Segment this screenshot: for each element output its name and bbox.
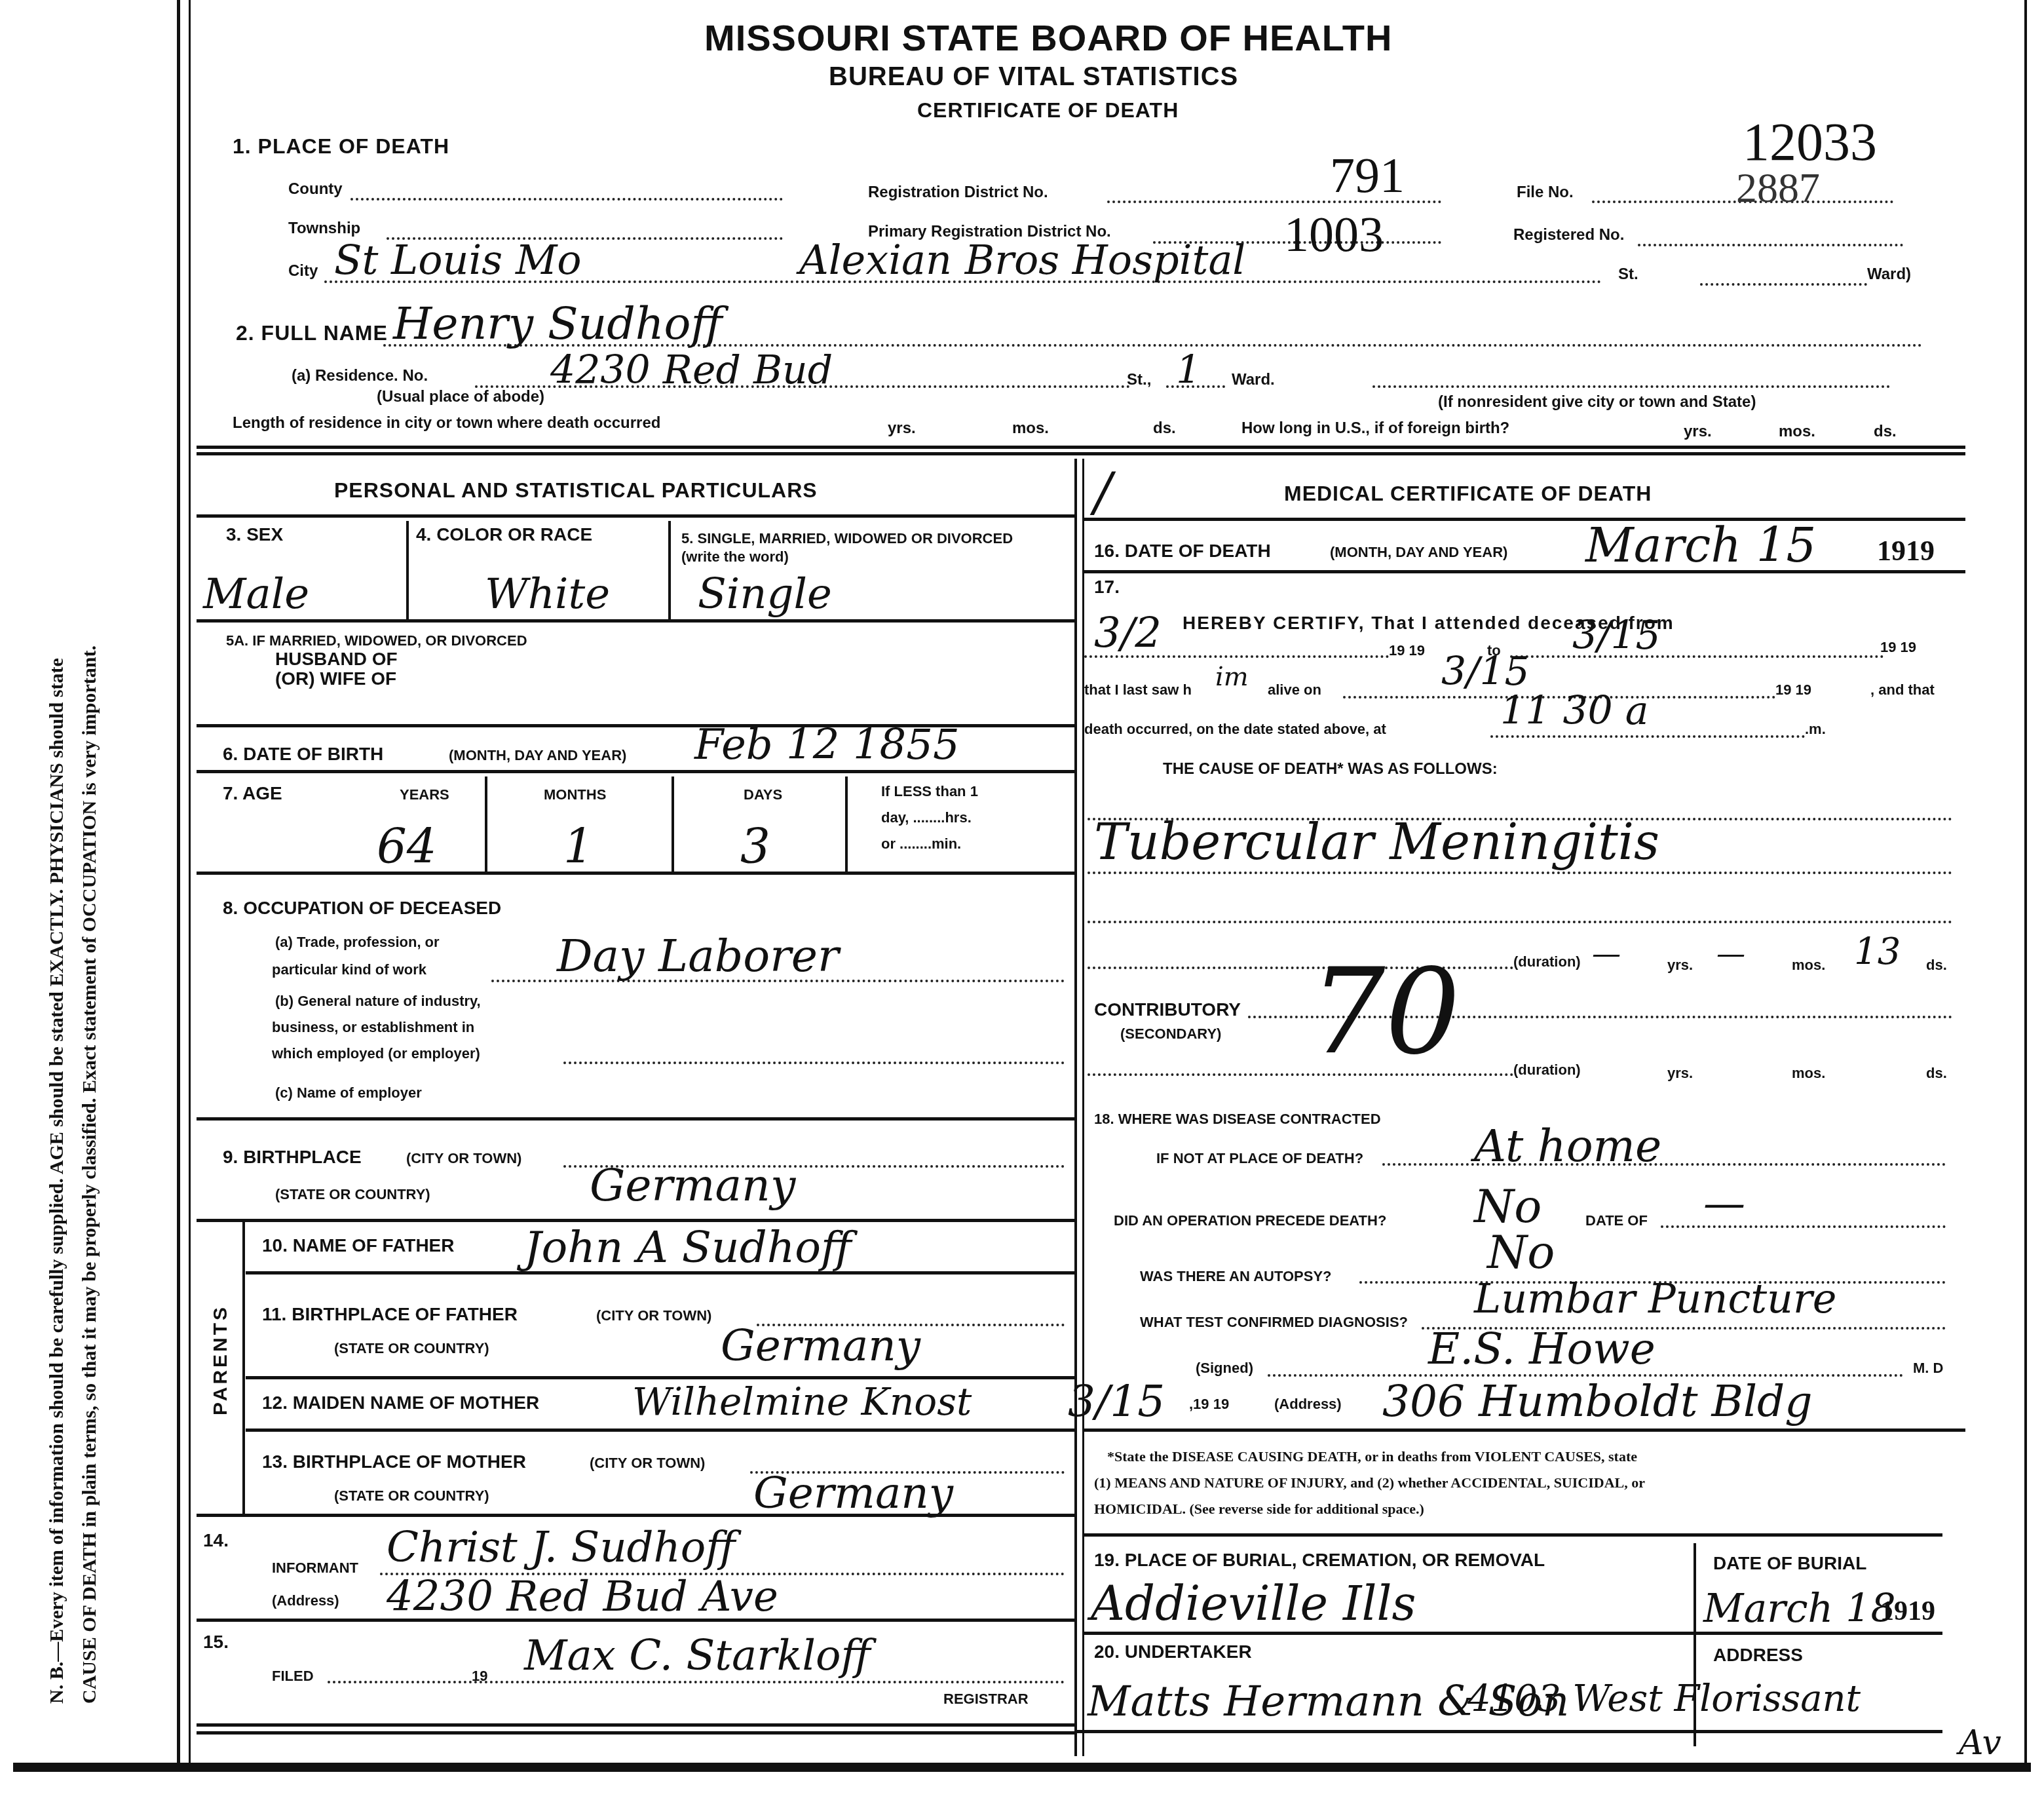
contrib-yrs-label: yrs. — [1667, 1065, 1693, 1082]
birthplace-label: 9. BIRTHPLACE — [223, 1147, 362, 1168]
attended-to-year: 19 19 — [1880, 639, 1916, 656]
sex-race-divider — [406, 521, 409, 619]
sign-date-value: 3/15 — [1068, 1376, 1165, 1427]
duration-mos-label: mos. — [1792, 957, 1825, 974]
nonresident-note: (If nonresident give city or town and St… — [1438, 393, 1756, 412]
age-days-value: 3 — [740, 819, 770, 874]
filed-number: 15. — [203, 1632, 229, 1653]
duration-yrs: — — [1592, 937, 1621, 970]
informant-label: INFORMANT — [272, 1560, 358, 1577]
medical-tick-mark: / — [1094, 462, 1112, 523]
divider-top-1 — [197, 446, 1965, 449]
full-name-label: 2. FULL NAME — [236, 321, 388, 345]
alive-on-label: alive on — [1268, 681, 1321, 699]
foreign-birth-label: How long in U.S., if of foreign birth? — [1241, 419, 1509, 438]
row-divider-19 — [1084, 1632, 1942, 1635]
sex-value: Male — [203, 570, 309, 619]
row-divider-12 — [246, 1428, 1074, 1432]
item-17-number: 17. — [1094, 577, 1120, 598]
attended-to-line — [1510, 655, 1883, 658]
personal-section-title: PERSONAL AND STATISTICAL PARTICULARS — [334, 478, 818, 503]
contributory-mark: 70 — [1310, 944, 1460, 1081]
test-value: Lumbar Puncture — [1474, 1275, 1836, 1322]
duration-ds-label: ds. — [1926, 957, 1947, 974]
age-divider-1 — [485, 776, 487, 875]
less-label-2: day, ........hrs. — [881, 809, 972, 826]
death-time-label: death occurred, on the date stated above… — [1084, 721, 1386, 738]
age-years-value: 64 — [377, 819, 437, 874]
file-no-value: 2887 — [1736, 164, 1820, 212]
residence-sub-label: (Usual place of abode) — [377, 388, 544, 406]
row-divider-20 — [1074, 1730, 1942, 1733]
row-divider-15b — [197, 1731, 1074, 1735]
row-divider-6 — [197, 770, 1074, 773]
filed-label: FILED — [272, 1668, 314, 1685]
county-line — [350, 198, 783, 201]
marital-label: 5. SINGLE, MARRIED, WIDOWED OR DIVORCED … — [681, 529, 1048, 566]
duration-yrs-label: yrs. — [1667, 957, 1693, 974]
death-time-line — [1490, 735, 1805, 738]
mother-birthplace-label: 13. BIRTHPLACE OF MOTHER — [262, 1451, 526, 1472]
not-at-place-label: IF NOT AT PLACE OF DEATH? — [1156, 1150, 1363, 1167]
date-of-death-sub: (MONTH, DAY AND YEAR) — [1330, 544, 1507, 561]
father-birthplace-state-label: (STATE OR COUNTRY) — [334, 1340, 489, 1357]
age-days-label: DAYS — [744, 786, 782, 803]
burial-place-label: 19. PLACE OF BURIAL, CREMATION, OR REMOV… — [1094, 1550, 1545, 1571]
document-title: MISSOURI STATE BOARD OF HEALTH — [704, 16, 1392, 59]
spouse-label-3: (OR) WIFE OF — [275, 668, 396, 689]
township-label: Township — [288, 220, 360, 238]
age-months-value: 1 — [563, 819, 594, 874]
contrib-ds-label: ds. — [1926, 1065, 1947, 1082]
row-divider-8 — [197, 1117, 1074, 1121]
and-that-label: , and that — [1870, 681, 1935, 699]
death-time-value: 11 30 a — [1500, 688, 1649, 734]
foreign-ds: ds. — [1874, 423, 1897, 441]
document-subtitle: BUREAU OF VITAL STATISTICS — [829, 62, 1238, 92]
last-saw-label: that I last saw h — [1084, 681, 1192, 699]
city-value: St Louis Mo — [334, 236, 582, 284]
dob-sub-label: (MONTH, DAY AND YEAR) — [449, 747, 626, 764]
occupation-b-2: business, or establishment in — [272, 1019, 474, 1036]
mother-birthplace-sub: (CITY OR TOWN) — [590, 1455, 705, 1472]
attended-from-year: 19 19 — [1389, 642, 1425, 659]
row-divider-sign — [1084, 1428, 1965, 1432]
row-divider-15 — [197, 1723, 1074, 1727]
length-mos: mos. — [1012, 419, 1049, 438]
not-at-place-line — [1382, 1163, 1946, 1166]
center-divider — [1074, 459, 1077, 1756]
residence-value: 4230 Red Bud — [550, 347, 833, 393]
marital-value: Single — [698, 570, 832, 619]
spouse-label-2: HUSBAND OF — [275, 649, 398, 670]
cause-value: Tubercular Meningitis — [1094, 813, 1659, 871]
row-divider-10 — [246, 1271, 1074, 1275]
city-label: City — [288, 262, 318, 280]
informant-value: Christ J. Sudhoff — [387, 1524, 736, 1572]
registered-no-line — [1638, 244, 1903, 246]
place-of-death-label: 1. PLACE OF DEATH — [233, 134, 449, 159]
bottom-border — [13, 1763, 2031, 1772]
center-divider-2 — [1082, 459, 1084, 1756]
undertaker-address-line2: Av — [1959, 1723, 2001, 1763]
mother-birthplace-value: Germany — [753, 1468, 953, 1518]
primary-registration-value: 1003 — [1284, 206, 1384, 263]
contrib-mos-label: mos. — [1792, 1065, 1825, 1082]
occupation-b-3: which employed (or employer) — [272, 1045, 480, 1062]
burial-date-label: DATE OF BURIAL — [1713, 1553, 1866, 1574]
right-border — [2024, 0, 2027, 1763]
birthplace-state-label: (STATE OR COUNTRY) — [275, 1186, 430, 1203]
contributory-duration-line — [1088, 1073, 1513, 1076]
date-of-death-label: 16. DATE OF DEATH — [1094, 541, 1271, 562]
burial-date-year: 1919 — [1880, 1596, 1935, 1627]
medical-header-divider — [1084, 518, 1965, 521]
medical-section-title: MEDICAL CERTIFICATE OF DEATH — [1284, 482, 1652, 506]
race-marital-divider — [668, 521, 671, 619]
personal-header-divider — [197, 514, 1074, 518]
signed-value: E.S. Howe — [1428, 1324, 1656, 1374]
row-divider-13 — [197, 1514, 1074, 1517]
residence-ward-value: 1 — [1176, 347, 1201, 393]
date-of-label: DATE OF — [1585, 1212, 1648, 1229]
row-divider-7 — [197, 872, 1074, 875]
test-label: WHAT TEST CONFIRMED DIAGNOSIS? — [1140, 1314, 1408, 1331]
occupation-a-2: particular kind of work — [272, 961, 426, 978]
occupation-a-1: (a) Trade, profession, or — [275, 934, 440, 951]
undertaker-label: 20. UNDERTAKER — [1094, 1641, 1252, 1662]
registration-district-label: Registration District No. — [868, 183, 1048, 202]
registrar-label: REGISTRAR — [943, 1691, 1029, 1708]
autopsy-label: WAS THERE AN AUTOPSY? — [1140, 1268, 1332, 1285]
county-label: County — [288, 180, 343, 199]
attended-from-value: 3/2 — [1094, 609, 1162, 658]
date-of-death-value: March 15 — [1585, 518, 1816, 573]
sign-address-label: (Address) — [1274, 1396, 1342, 1413]
file-no-label: File No. — [1517, 183, 1574, 202]
age-label: 7. AGE — [223, 783, 282, 804]
less-label-3: or ........min. — [881, 835, 961, 853]
ward-line — [1700, 283, 1867, 286]
cause-header: THE CAUSE OF DEATH* WAS AS FOLLOWS: — [1163, 760, 1498, 778]
document-type: CERTIFICATE OF DEATH — [917, 98, 1179, 123]
contributory-label: CONTRIBUTORY — [1094, 999, 1241, 1020]
primary-registration-label: Primary Registration District No. — [868, 223, 1111, 241]
cause-line-3 — [1088, 921, 1952, 923]
occupation-b-1: (b) General nature of industry, — [275, 993, 481, 1010]
filed-line — [328, 1681, 1065, 1683]
informant-address-value: 4230 Red Bud Ave — [387, 1573, 778, 1621]
father-name-value: John A Sudhoff — [524, 1222, 852, 1273]
foreign-mos: mos. — [1779, 423, 1815, 441]
spouse-label-1: 5A. IF MARRIED, WIDOWED, OR DIVORCED — [226, 632, 527, 649]
birthplace-sub: (CITY OR TOWN) — [406, 1150, 521, 1167]
dob-value: Feb 12 1855 — [694, 721, 960, 769]
mother-birthplace-state-label: (STATE OR COUNTRY) — [334, 1487, 489, 1505]
undertaker-address-value: 4103 West Florissant — [1467, 1677, 1861, 1720]
footnote-2: (1) MEANS AND NATURE OF INJURY, and (2) … — [1094, 1474, 1645, 1491]
nonresident-line — [1372, 385, 1890, 388]
father-birthplace-sub: (CITY OR TOWN) — [596, 1307, 711, 1324]
ward-label: Ward) — [1867, 265, 1911, 284]
date-of-value: — — [1703, 1179, 1745, 1228]
cause-line-2 — [1088, 872, 1952, 874]
not-at-place-value: At home — [1474, 1121, 1661, 1172]
burial-date-value: March 18 — [1703, 1586, 1896, 1632]
sex-label: 3. SEX — [226, 524, 283, 545]
residence-st-label: St., — [1127, 371, 1151, 389]
left-margin-rule — [177, 0, 180, 1763]
full-name-value: Henry Sudhoff — [393, 298, 723, 350]
birthplace-value: Germany — [590, 1160, 795, 1212]
occupation-a-value: Day Laborer — [557, 930, 839, 982]
parents-divider — [242, 1222, 245, 1517]
foreign-yrs: yrs. — [1684, 423, 1712, 441]
item-18-label: 18. WHERE WAS DISEASE CONTRACTED — [1094, 1111, 1381, 1128]
alive-on-year: 19 19 — [1775, 681, 1811, 699]
registered-no-label: Registered No. — [1513, 226, 1624, 244]
date-of-death-year: 1919 — [1877, 534, 1935, 567]
father-birthplace-label: 11. BIRTHPLACE OF FATHER — [262, 1304, 518, 1325]
residence-ward-label: Ward. — [1232, 371, 1275, 389]
footnote-1: *State the DISEASE CAUSING DEATH, or in … — [1107, 1448, 1637, 1465]
length-residence-label: Length of residence in city or town wher… — [233, 414, 660, 432]
side-note-line1: N. B.—Every item of information should b… — [46, 658, 68, 1704]
age-months-label: MONTHS — [544, 786, 606, 803]
operation-label: DID AN OPERATION PRECEDE DEATH? — [1114, 1212, 1386, 1229]
undertaker-address-label: ADDRESS — [1713, 1645, 1803, 1666]
last-saw-pronoun: im — [1215, 662, 1249, 692]
pm-label: .m. — [1805, 721, 1826, 738]
row-divider-footnote — [1084, 1533, 1942, 1537]
registration-district-value: 791 — [1330, 147, 1405, 204]
age-years-label: YEARS — [400, 786, 449, 803]
dob-label: 6. DATE OF BIRTH — [223, 744, 383, 765]
row-divider-3 — [197, 619, 1074, 623]
left-margin-rule-inner — [189, 0, 191, 1763]
st-label: St. — [1618, 265, 1638, 284]
row-divider-16 — [1084, 570, 1965, 573]
age-divider-2 — [672, 776, 674, 875]
father-birthplace-value: Germany — [721, 1320, 920, 1371]
informant-number: 14. — [203, 1530, 229, 1551]
occupation-b-line — [563, 1062, 1065, 1064]
length-ds: ds. — [1153, 419, 1176, 438]
duration-ds: 13 — [1854, 930, 1901, 973]
occupation-c: (c) Name of employer — [275, 1084, 422, 1102]
father-name-label: 10. NAME OF FATHER — [262, 1235, 455, 1256]
footnote-3: HOMICIDAL. (See reverse side for additio… — [1094, 1501, 1424, 1518]
side-note-line2: CAUSE OF DEATH in plain terms, so that i… — [79, 645, 101, 1704]
sign-address-value: 306 Humboldt Bldg — [1382, 1376, 1813, 1427]
duration-mos: — — [1716, 937, 1745, 970]
parents-label: PARENTS — [210, 1305, 232, 1415]
filed-year: 19 — [472, 1668, 487, 1685]
attended-to-value: 3/15 — [1572, 613, 1661, 659]
sign-year: ,19 19 — [1189, 1396, 1229, 1413]
occupation-label: 8. OCCUPATION OF DECEASED — [223, 898, 501, 919]
mother-name-label: 12. MAIDEN NAME OF MOTHER — [262, 1392, 539, 1413]
md-label: M. D — [1913, 1360, 1943, 1377]
burial-place-text: Addieville Ills — [1091, 1576, 1416, 1631]
less-label-1: If LESS than 1 — [881, 783, 978, 800]
length-yrs: yrs. — [888, 419, 916, 438]
mother-name-value: Wilhelmine Knost — [632, 1379, 972, 1424]
race-value: White — [485, 570, 610, 619]
secondary-label: (SECONDARY) — [1120, 1026, 1221, 1043]
signed-label: (Signed) — [1196, 1360, 1253, 1377]
registrar-value: Max C. Starkloff — [524, 1632, 871, 1680]
race-label: 4. COLOR OR RACE — [416, 524, 592, 545]
residence-label: (a) Residence. No. — [292, 367, 428, 385]
contrib-duration-label: (duration) — [1513, 1062, 1581, 1079]
informant-address-label: (Address) — [272, 1592, 339, 1609]
autopsy-value: No — [1487, 1225, 1555, 1279]
duration-label: (duration) — [1513, 953, 1581, 970]
row-divider-14 — [197, 1619, 1074, 1622]
age-divider-3 — [845, 776, 848, 875]
divider-top-2 — [197, 452, 1965, 455]
